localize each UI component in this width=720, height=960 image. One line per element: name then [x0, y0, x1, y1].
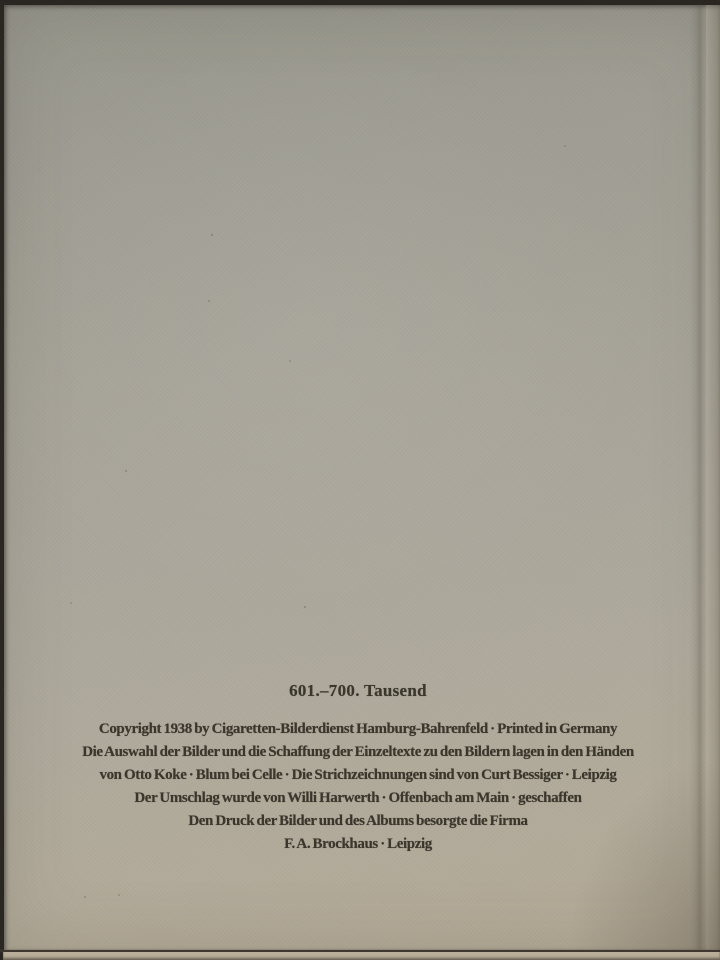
colophon-line-copyright: Copyright 1938 by Cigaretten-Bilderdiens… — [4, 718, 712, 741]
book-page-photo: 601.–700. Tausend Copyright 1938 by Ciga… — [0, 0, 720, 960]
colophon-line-publisher: F. A. Brockhaus · Leipzig — [4, 833, 712, 856]
colophon-line-umschlag: Der Umschlag wurde von Willi Harwerth · … — [4, 787, 712, 810]
colophon-line-authors: von Otto Koke · Blum bei Celle · Die Str… — [4, 764, 712, 787]
paper-specks — [4, 5, 6, 7]
page-surface: 601.–700. Tausend Copyright 1938 by Ciga… — [4, 5, 720, 950]
underlying-page-edge-bottom — [3, 952, 720, 960]
edition-count-line: 601.–700. Tausend — [4, 680, 712, 702]
colophon-line-druck: Den Druck der Bilder und des Albums beso… — [4, 810, 712, 833]
colophon-line-auswahl: Die Auswahl der Bilder und die Schaffung… — [4, 741, 712, 764]
colophon-block: 601.–700. Tausend Copyright 1938 by Ciga… — [4, 680, 712, 856]
